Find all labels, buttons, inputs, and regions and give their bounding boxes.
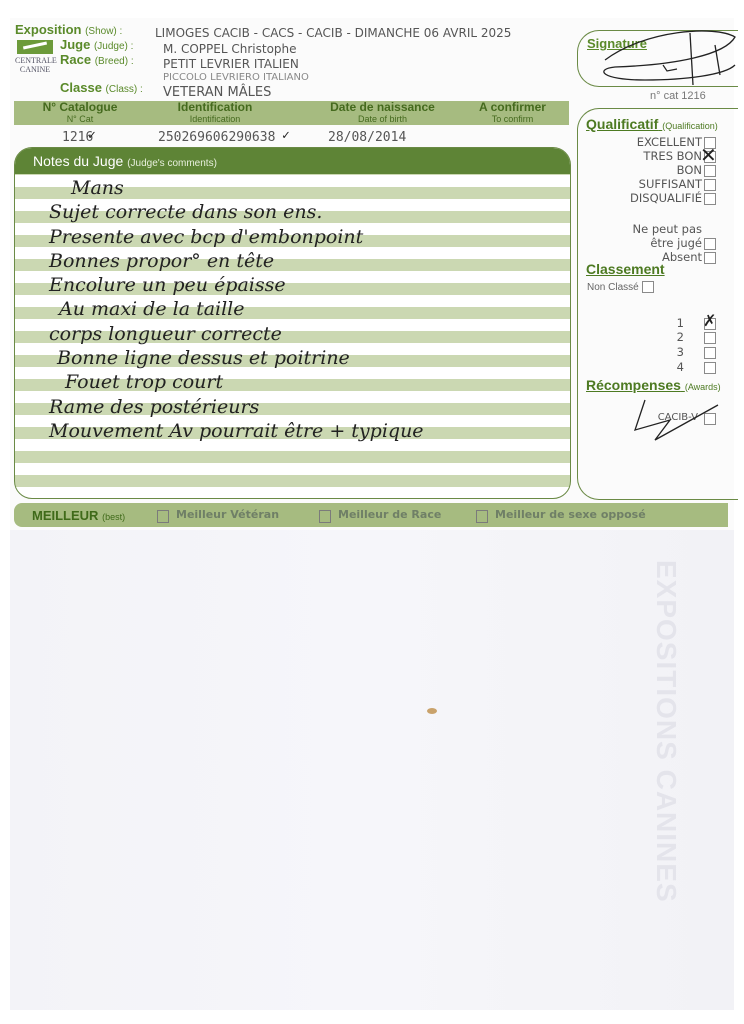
best-veteran-label: Meilleur Vétéran bbox=[176, 508, 279, 521]
signature-scribble-icon bbox=[585, 25, 740, 90]
qualification-title: Qualificatif (Qualification) bbox=[586, 116, 718, 132]
centrale-canine-logo-icon bbox=[17, 40, 53, 54]
breed-alt-value: PICCOLO LEVRIERO ITALIANO bbox=[163, 72, 309, 83]
col-to-confirm: A confirmerTo confirm bbox=[470, 101, 555, 124]
qual-tres-bon-label: TRES BON bbox=[643, 149, 702, 163]
best-veteran-checkbox[interactable] bbox=[157, 510, 169, 523]
notes-title: Notes du Juge (Judge's comments) bbox=[15, 148, 570, 174]
absent-label: Absent bbox=[662, 250, 702, 264]
place-4-checkbox[interactable] bbox=[704, 362, 716, 374]
col-catalogue: N° CatalogueN° Cat bbox=[30, 101, 130, 124]
ranking-title: Classement bbox=[586, 261, 665, 277]
note-line: Au maxi de la taille bbox=[59, 297, 424, 321]
breed-label: Race (Breed) : bbox=[60, 52, 134, 67]
logo-text: CENTRALE CANINE bbox=[15, 56, 55, 74]
note-line: Presente avec bcp d'embonpoint bbox=[49, 225, 424, 249]
mirrored-back-text: EXPOSITIONS CANINES bbox=[622, 560, 682, 980]
strike-scribble-icon bbox=[630, 395, 725, 445]
best-of-breed-checkbox[interactable] bbox=[319, 510, 331, 523]
note-line: Mans bbox=[71, 176, 424, 200]
breed-value: PETIT LEVRIER ITALIEN bbox=[163, 57, 299, 71]
qual-disqualifie-label: DISQUALIFIÉ bbox=[630, 191, 702, 205]
note-line: Rame des postérieurs bbox=[49, 395, 424, 419]
awards-title: Récompenses (Awards) bbox=[586, 377, 721, 393]
show-value: LIMOGES CACIB - CACS - CACIB - DIMANCHE … bbox=[155, 26, 511, 40]
note-line: corps longueur correcte bbox=[49, 322, 424, 346]
qual-suffisant-checkbox[interactable] bbox=[704, 179, 716, 191]
note-line: Sujet correcte dans son ens. bbox=[49, 200, 424, 224]
col-identification: IdentificationIdentification bbox=[155, 101, 275, 124]
not-ranked-label: Non Classé bbox=[587, 282, 639, 293]
note-line: Mouvement Av pourrait être + typique bbox=[49, 419, 424, 443]
qual-disqualifie-checkbox[interactable] bbox=[704, 193, 716, 205]
note-line: Bonne ligne dessus et poitrine bbox=[57, 346, 424, 370]
place-3-label: 3 bbox=[677, 345, 684, 359]
cross-mark-icon: ✕ bbox=[700, 145, 717, 165]
col-birth-date: Date de naissanceDate of birth bbox=[320, 101, 445, 124]
class-value: VETERAN MÂLES bbox=[163, 85, 271, 100]
note-line: Fouet trop court bbox=[65, 370, 424, 394]
note-line: Bonnes propor° en tête bbox=[49, 249, 424, 273]
judge-value: M. COPPEL Christophe bbox=[163, 42, 297, 56]
qual-suffisant-label: SUFFISANT bbox=[639, 177, 702, 191]
qual-bon-label: BON bbox=[677, 163, 702, 177]
signature-catalogue-number: n° cat 1216 bbox=[650, 90, 706, 102]
best-title: MEILLEUR (best) bbox=[32, 508, 125, 523]
identification-number: 250269606290638 bbox=[158, 130, 275, 145]
best-opposite-sex-checkbox[interactable] bbox=[476, 510, 488, 523]
cannot-judge-label-1: Ne peut pas bbox=[633, 222, 703, 236]
check-mark-icon: ✓ bbox=[88, 128, 96, 143]
notes-text: Mans Sujet correcte dans son ens. Presen… bbox=[49, 176, 424, 443]
check-mark-icon: ✓ bbox=[282, 128, 290, 143]
cannot-judge-label-2: être jugé bbox=[650, 236, 702, 250]
qual-bon-checkbox[interactable] bbox=[704, 165, 716, 177]
place-4-label: 4 bbox=[677, 360, 684, 374]
show-label: Exposition (Show) : bbox=[15, 22, 122, 37]
best-of-breed-label: Meilleur de Race bbox=[338, 508, 441, 521]
class-label: Classe (Class) : bbox=[60, 80, 143, 95]
best-opposite-sex-label: Meilleur de sexe opposé bbox=[495, 508, 646, 521]
absent-checkbox[interactable] bbox=[704, 252, 716, 264]
place-2-label: 2 bbox=[677, 330, 684, 344]
qual-excellent-label: EXCELLENT bbox=[637, 135, 702, 149]
not-ranked-checkbox[interactable] bbox=[642, 281, 654, 293]
place-1-label: 1 bbox=[677, 316, 684, 330]
note-line: Encolure un peu épaisse bbox=[49, 273, 424, 297]
cannot-judge-checkbox[interactable] bbox=[704, 238, 716, 250]
place-2-checkbox[interactable] bbox=[704, 332, 716, 344]
place-3-checkbox[interactable] bbox=[704, 347, 716, 359]
judge-notes-panel: Notes du Juge (Judge's comments) Mans Su… bbox=[14, 147, 571, 499]
check-mark-icon: ✗ bbox=[703, 313, 716, 329]
birth-date: 28/08/2014 bbox=[328, 130, 406, 145]
paper-speck bbox=[427, 708, 437, 714]
judge-label: Juge (Judge) : bbox=[60, 37, 133, 52]
